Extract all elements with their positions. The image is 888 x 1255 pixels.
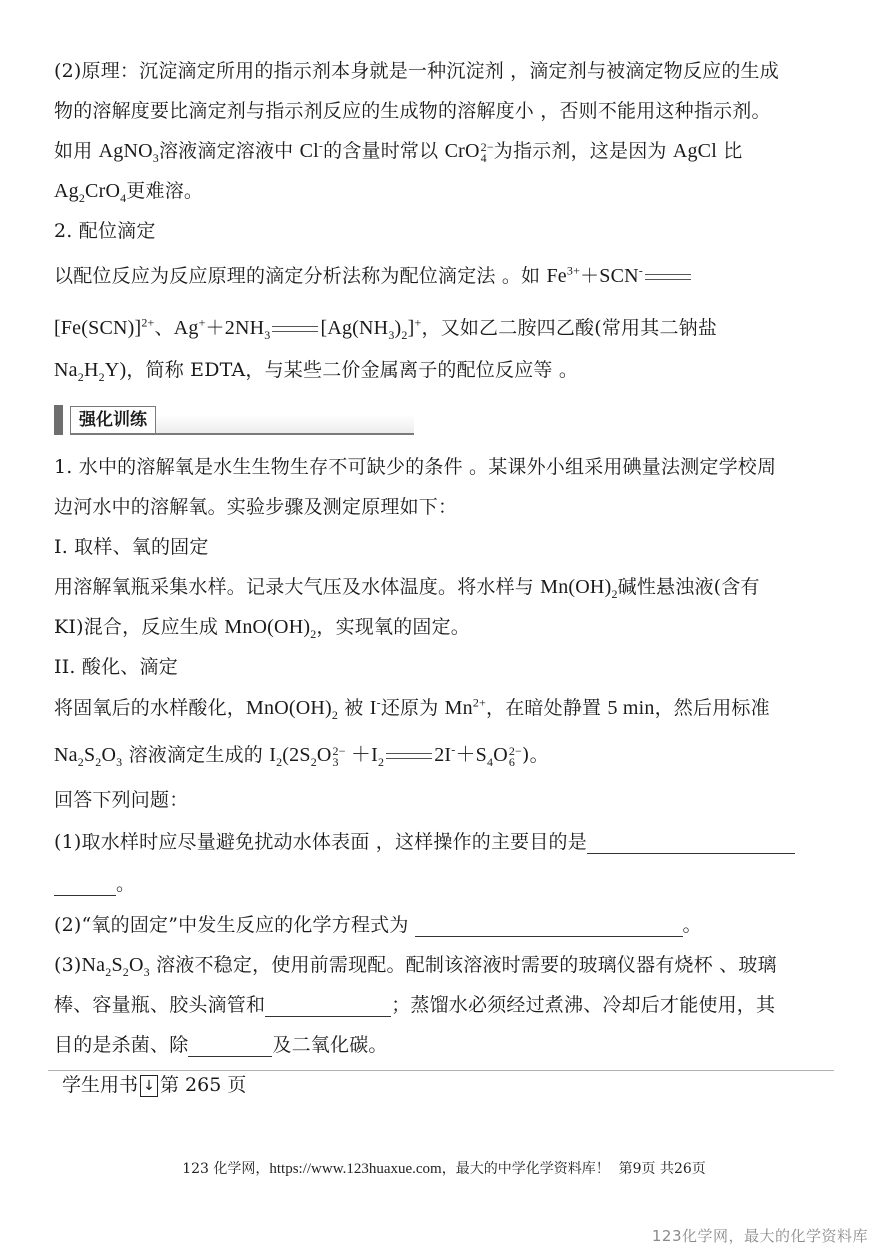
superscript: 2+ — [141, 315, 154, 329]
complex-line-2: [Fe(SCN)]2+、Ag+＋2NH3[Ag(NH3)2]+，又如乙二胺四乙酸… — [54, 316, 717, 340]
step2-line-2: Na2S2O3 溶液滴定生成的 I2(2S2O2−3 ＋I22I-＋S4O2−6… — [54, 743, 549, 767]
text: I — [370, 697, 377, 719]
text: 学生用书 — [62, 1074, 138, 1096]
text: AgNO — [99, 140, 153, 162]
answer-heading: 回答下列问题： — [54, 788, 188, 812]
principle-line-3: 如用 AgNO3溶液滴定溶液中 Cl-的含量时常以 CrO2−4为指示剂，这是因… — [54, 139, 742, 163]
step1-line-1: 用溶解氧瓶采集水样。记录大气压及水体温度。将水样与 Mn(OH)2碱性悬浊液(含… — [54, 575, 760, 599]
text: I. 取样、氧的固定 — [54, 536, 209, 558]
text: MnO(OH) — [224, 616, 310, 638]
text: MnO(OH) — [246, 697, 332, 719]
text: 以配位反应为反应原理的滴定分析法称为配位滴定法 。如 — [54, 265, 546, 287]
text: 为指示剂，这是因为 — [494, 140, 673, 162]
step1-heading: I. 取样、氧的固定 — [54, 535, 209, 559]
subscript: 3 — [264, 328, 270, 342]
question-intro-2: 边河水中的溶解氧。实验步骤及测定原理如下： — [54, 495, 457, 519]
subscript: 2 — [378, 755, 384, 769]
text: ，在暗处静置 — [486, 697, 607, 719]
formula-na2s2o3: Na2S2O3 — [82, 954, 150, 976]
answer-blank-3a[interactable] — [265, 996, 391, 1017]
text: ，最大的中学化学资料库！ — [442, 1161, 610, 1177]
superscript: - — [639, 263, 643, 277]
text: ＋I — [346, 744, 378, 766]
site-link[interactable]: https://www.123huaxue.com — [269, 1161, 441, 1177]
principle-line-4: Ag2CrO4更难溶。 — [54, 179, 203, 203]
complex-heading: 2. 配位滴定 — [54, 219, 156, 243]
text: S — [111, 954, 122, 976]
formula-cl: Cl- — [300, 140, 324, 162]
text: S — [84, 744, 95, 766]
subquestion-3-line-2: 棒、容量瓶、胶头滴管和；蒸馏水必须经过煮沸、冷却后才能使用，其 — [54, 993, 775, 1017]
text: 目的是杀菌、除 — [54, 1034, 188, 1056]
text: 1. 水中的溶解氧是水生生物生存不可缺少的条件 。某课外小组采用碘量法测定学校周 — [54, 456, 776, 478]
formula-cro4: CrO2−4 — [445, 140, 494, 162]
text: 更难溶。 — [126, 180, 203, 202]
text: 将固氧后的水样酸化， — [54, 697, 246, 719]
text: 边河水中的溶解氧。实验步骤及测定原理如下： — [54, 496, 457, 518]
page-counter: 第9页 共26页 — [619, 1161, 706, 1177]
text: H — [84, 359, 99, 381]
text: 溶液不稳定，使用前需现配。配制该溶液时需要的玻璃仪器有烧杯 、玻璃 — [150, 954, 777, 976]
text: [Ag(NH — [320, 317, 388, 339]
text: ；蒸馏水必须经过煮沸、冷却后才能使用，其 — [391, 994, 775, 1016]
complex-line-3: Na2H2Y)，简称 EDTA，与某些二价金属离子的配位反应等 。 — [54, 358, 578, 382]
formula-fescn: [Fe(SCN)]2+ — [54, 317, 155, 339]
text: 用溶解氧瓶采集水样。记录大气压及水体温度。将水样与 — [54, 576, 540, 598]
text: 2. 配位滴定 — [54, 220, 156, 242]
principle-line-1: (2)原理：沉淀滴定所用的指示剂本身就是一种沉淀剂 ，滴定剂与被滴定物反应的生成 — [54, 59, 779, 83]
text: ，然后用标准 — [655, 697, 770, 719]
text: CrO — [85, 180, 120, 202]
text: 回答下列问题： — [54, 789, 188, 811]
text: Y) — [105, 359, 127, 381]
equilibrium-sign — [645, 274, 691, 280]
step2-heading: II. 酸化、滴定 — [54, 655, 178, 679]
text: 及二氧化碳。 — [272, 1034, 387, 1056]
text: 还原为 — [381, 697, 445, 719]
equilibrium-sign — [272, 326, 318, 332]
banner-bar — [54, 405, 63, 435]
document-page: (2)原理：沉淀滴定所用的指示剂本身就是一种沉淀剂 ，滴定剂与被滴定物反应的生成… — [0, 0, 888, 1255]
subquestion-2: (2)“氧的固定”中发生反应的化学方程式为。 — [54, 913, 702, 937]
text: 第 265 页 — [160, 1074, 246, 1096]
time-value: 5 min — [607, 697, 654, 719]
step1-line-2: KI)混合，反应生成 MnO(OH)2，实现氧的固定。 — [54, 615, 470, 639]
text: Mn(OH) — [540, 576, 611, 598]
formula-scn: SCN- — [599, 265, 643, 287]
subquestion-1-cont: 。 — [54, 872, 135, 896]
text: Ag — [54, 180, 79, 202]
text: (2S — [282, 744, 310, 766]
formula-agnh32: [Ag(NH3)2]+ — [320, 317, 421, 339]
subscript: 6 — [509, 757, 522, 768]
formula-mnooh2: MnO(OH)2 — [246, 697, 338, 719]
reaction-equation: (2S2O2−3 ＋I22I-＋S4O2−6 — [282, 744, 522, 766]
text: 、 — [155, 317, 174, 339]
formula-i2: I2 — [269, 744, 282, 766]
text: 2I — [434, 744, 451, 766]
step2-line-1: 将固氧后的水样酸化，MnO(OH)2 被 I-还原为 Mn2+，在暗处静置 5 … — [54, 696, 770, 720]
formula-ag2cro4: Ag2CrO4 — [54, 180, 126, 202]
formula-mnoh2: Mn(OH)2 — [540, 576, 617, 598]
answer-blank-3b[interactable] — [188, 1036, 272, 1057]
text: 123 化学网， — [182, 1161, 269, 1177]
text: 被 — [338, 697, 370, 719]
text: 碱性悬浊液(含有 — [618, 576, 760, 598]
text: (3) — [54, 954, 82, 976]
footer-divider — [48, 1070, 834, 1071]
subscript: 4 — [481, 153, 494, 164]
text: 溶液滴定溶液中 — [159, 140, 300, 162]
section-title: 强化训练 — [70, 406, 156, 433]
superscript: + — [199, 315, 206, 329]
text: O — [493, 744, 508, 766]
text: 。 — [116, 873, 135, 895]
text: Na — [82, 954, 106, 976]
formula-mn2: Mn2+ — [445, 697, 486, 719]
text: ，又如乙二胺四乙酸(常用其二钠盐 — [421, 317, 717, 339]
down-arrow-icon: ↓ — [140, 1075, 158, 1097]
subquestion-3-line-1: (3)Na2S2O3 溶液不稳定，使用前需现配。配制该溶液时需要的玻璃仪器有烧杯… — [54, 953, 777, 977]
formula-mnooh2: MnO(OH)2 — [224, 616, 316, 638]
text: [Fe(SCN)] — [54, 317, 141, 339]
plus-sign: ＋ — [580, 265, 599, 287]
formula-nh3: 2NH3 — [225, 317, 271, 339]
text: II. 酸化、滴定 — [54, 656, 178, 678]
text: 。 — [683, 914, 702, 936]
text: O — [101, 744, 116, 766]
subscript: 3 — [333, 757, 346, 768]
watermark: 123化学网，最大的化学资料库 — [652, 1225, 868, 1246]
subquestion-1: (1)取水样时应尽量避免扰动水体表面 ，这样操作的主要目的是 — [54, 830, 795, 854]
charge-stack: 2−3 — [333, 746, 346, 768]
equilibrium-sign — [386, 753, 432, 759]
section-banner: 强化训练 — [54, 405, 414, 435]
question-intro-1: 1. 水中的溶解氧是水生生物生存不可缺少的条件 。某课外小组采用碘量法测定学校周 — [54, 455, 776, 479]
subquestion-3-line-3: 目的是杀菌、除及二氧化碳。 — [54, 1033, 388, 1057]
text: Na — [54, 359, 78, 381]
text: 溶液滴定生成的 — [122, 744, 269, 766]
formula-na2h2y: Na2H2Y) — [54, 359, 126, 381]
superscript: 3+ — [567, 263, 580, 277]
text: CrO — [445, 140, 480, 162]
formula-na2s2o3: Na2S2O3 — [54, 744, 122, 766]
superscript: 2+ — [473, 695, 486, 709]
formula-agcl: AgCl — [673, 140, 717, 162]
text: ＋S — [455, 744, 487, 766]
principle-line-2: 物的溶解度要比滴定剂与指示剂反应的生成物的溶解度小 ，否则不能用这种指示剂。 — [54, 99, 771, 123]
formula-iodide: I- — [370, 697, 381, 719]
text: 比 — [717, 140, 742, 162]
plus-sign: ＋ — [206, 317, 225, 339]
answer-blank-1b[interactable] — [54, 875, 116, 896]
charge-stack: 2−6 — [509, 746, 522, 768]
formula-ag: Ag+ — [174, 317, 206, 339]
text: 2NH — [225, 317, 265, 339]
text: SCN — [599, 265, 639, 287]
formula-agno3: AgNO3 — [99, 140, 159, 162]
text: KI)混合，反应生成 — [54, 616, 224, 638]
text: 棒、容量瓶、胶头滴管和 — [54, 994, 265, 1016]
answer-blank-2[interactable] — [415, 916, 683, 937]
text: Cl — [300, 140, 319, 162]
book-reference: 学生用书↓第 265 页 — [62, 1073, 246, 1097]
text: ，实现氧的固定。 — [316, 616, 470, 638]
text: (2)原理：沉淀滴定所用的指示剂本身就是一种沉淀剂 ，滴定剂与被滴定物反应的生成 — [54, 60, 779, 82]
text: O — [129, 954, 144, 976]
text: Fe — [546, 265, 566, 287]
formula-fe3: Fe3+ — [546, 265, 580, 287]
text: 物的溶解度要比滴定剂与指示剂反应的生成物的溶解度小 ，否则不能用这种指示剂。 — [54, 100, 771, 122]
text: Ag — [174, 317, 199, 339]
site-footer: 123 化学网，https://www.123huaxue.com，最大的中学化… — [0, 1159, 888, 1179]
answer-blank-1a[interactable] — [587, 833, 795, 854]
text: )。 — [522, 744, 549, 766]
text: ，简称 EDTA，与某些二价金属离子的配位反应等 。 — [126, 359, 578, 381]
text: (1)取水样时应尽量避免扰动水体表面 ，这样操作的主要目的是 — [54, 831, 587, 853]
text: O — [317, 744, 332, 766]
text: 如用 — [54, 140, 99, 162]
text: Na — [54, 744, 78, 766]
text: 的含量时常以 — [323, 140, 444, 162]
text: Mn — [445, 697, 473, 719]
complex-line-1: 以配位反应为反应原理的滴定分析法称为配位滴定法 。如 Fe3+＋SCN- — [54, 264, 693, 288]
charge-stack: 2−4 — [481, 142, 494, 164]
text: (2)“氧的固定”中发生反应的化学方程式为 — [54, 914, 409, 936]
